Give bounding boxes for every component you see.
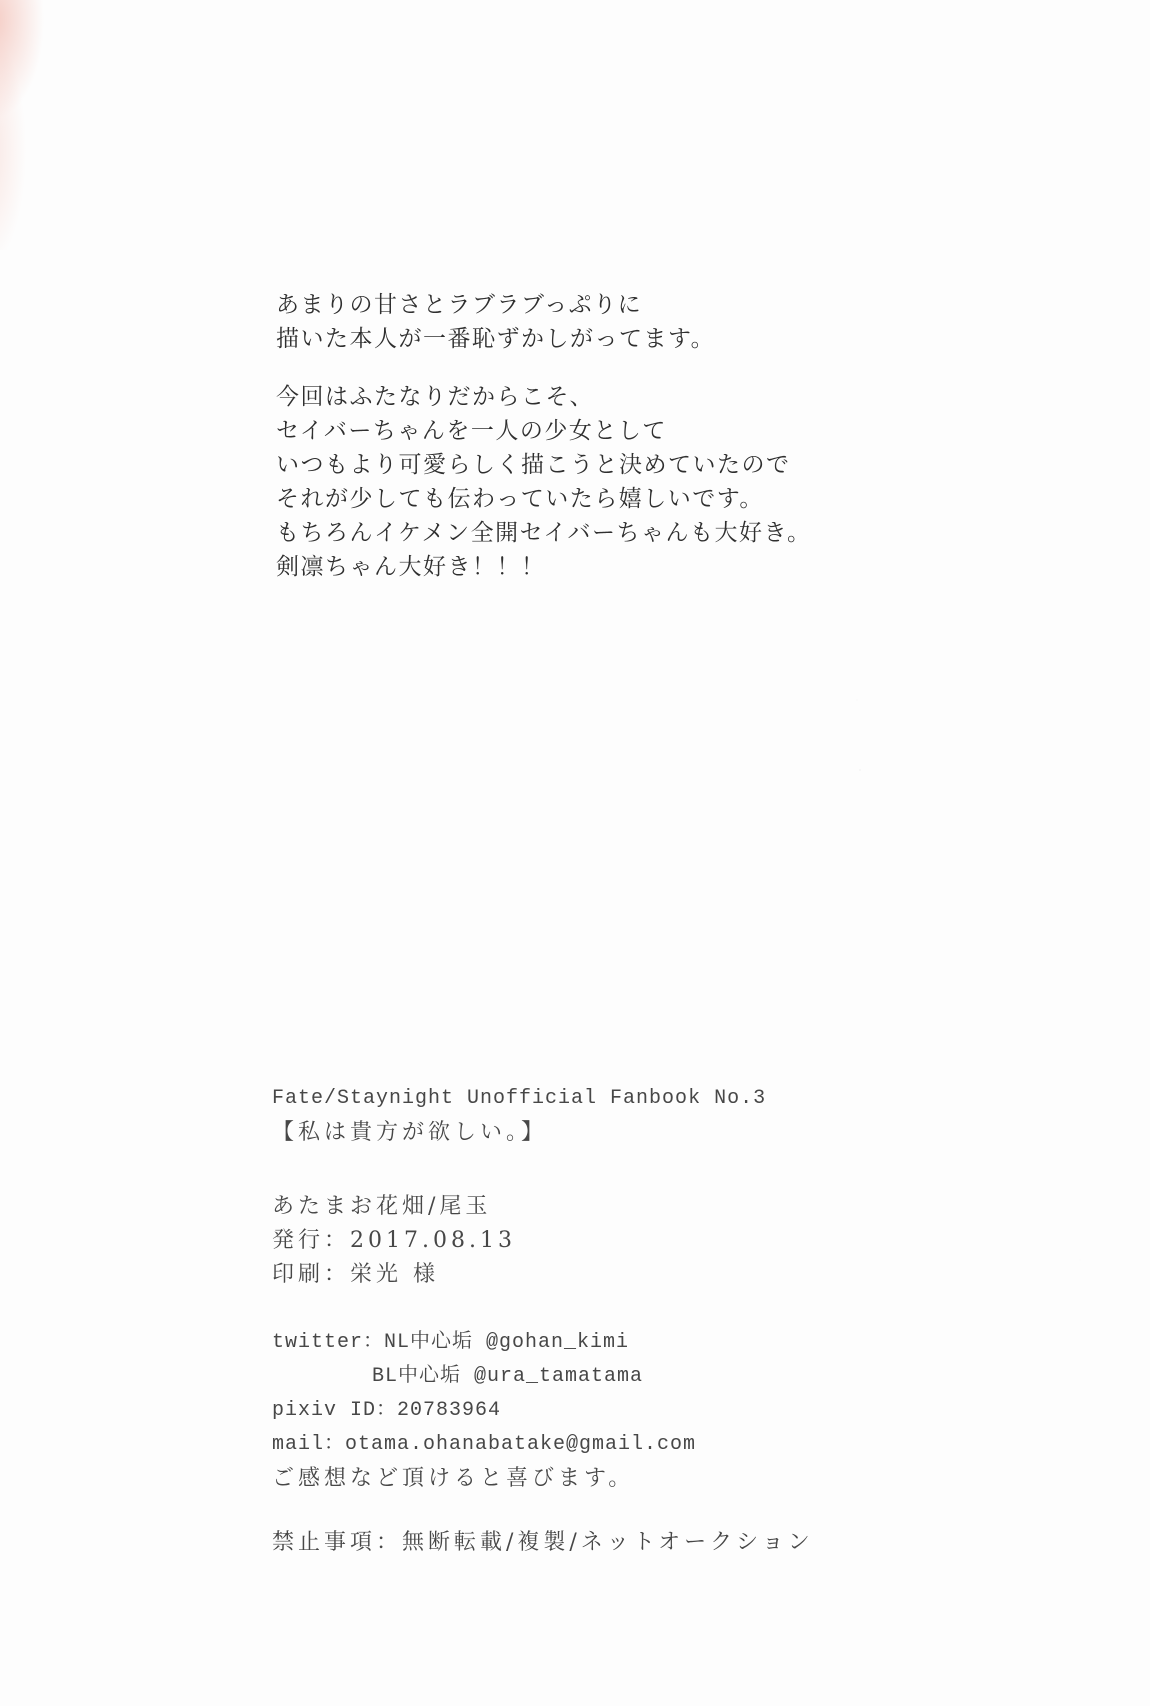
feedback-note: ご感想など頂けると喜びます。 xyxy=(272,1462,814,1496)
book-title: 【私は貴方が欲しい。】 xyxy=(272,1116,814,1150)
twitter-handle-bl: BL中心垢 @ura_tamatama xyxy=(272,1360,814,1394)
series-title: Fate/Staynight Unofficial Fanbook No.3 xyxy=(272,1082,814,1116)
afterword-line: いつもより可愛らしく描こうと決めていたので xyxy=(276,448,812,482)
afterword-line: もちろんイケメン全開セイバーちゃんも大好き。 xyxy=(276,516,812,550)
afterword-line: セイバーちゃんを一人の少女として xyxy=(276,414,812,448)
pink-scan-artifact xyxy=(0,0,80,250)
circle-author-name: あたまお花畑/尾玉 xyxy=(272,1190,814,1224)
scanned-afterword-page: あまりの甘さとラブラブっぷりに 描いた本人が一番恥ずかしがってます。 今回はふた… xyxy=(0,0,1150,1706)
afterword-line: あまりの甘さとラブラブっぷりに xyxy=(276,288,812,322)
afterword-line: 今回はふたなりだからこそ、 xyxy=(276,380,812,414)
twitter-handle-nl: twitter：NL中心垢 @gohan_kimi xyxy=(272,1326,814,1360)
afterword-paragraph-2: 今回はふたなりだからこそ、 セイバーちゃんを一人の少女として いつもより可愛らし… xyxy=(276,380,812,584)
mail-address: mail：otama.ohanabatake@gmail.com xyxy=(272,1428,814,1462)
afterword-line: 剣凛ちゃん大好き！！！ xyxy=(276,550,812,584)
afterword-paragraph-1: あまりの甘さとラブラブっぷりに 描いた本人が一番恥ずかしがってます。 xyxy=(276,288,812,356)
printer-credit: 印刷：栄光 様 xyxy=(272,1258,814,1292)
publish-date: 発行：2017.08.13 xyxy=(272,1224,814,1258)
afterword-line: 描いた本人が一番恥ずかしがってます。 xyxy=(276,322,812,356)
prohibition-notice: 禁止事項：無断転載/複製/ネットオークション xyxy=(272,1526,814,1560)
afterword-line: それが少しても伝わっていたら嬉しいです。 xyxy=(276,482,812,516)
pixiv-id: pixiv ID：20783964 xyxy=(272,1394,814,1428)
afterword-text-block: あまりの甘さとラブラブっぷりに 描いた本人が一番恥ずかしがってます。 今回はふた… xyxy=(276,288,812,584)
colophon-block: Fate/Staynight Unofficial Fanbook No.3 【… xyxy=(272,1082,814,1560)
